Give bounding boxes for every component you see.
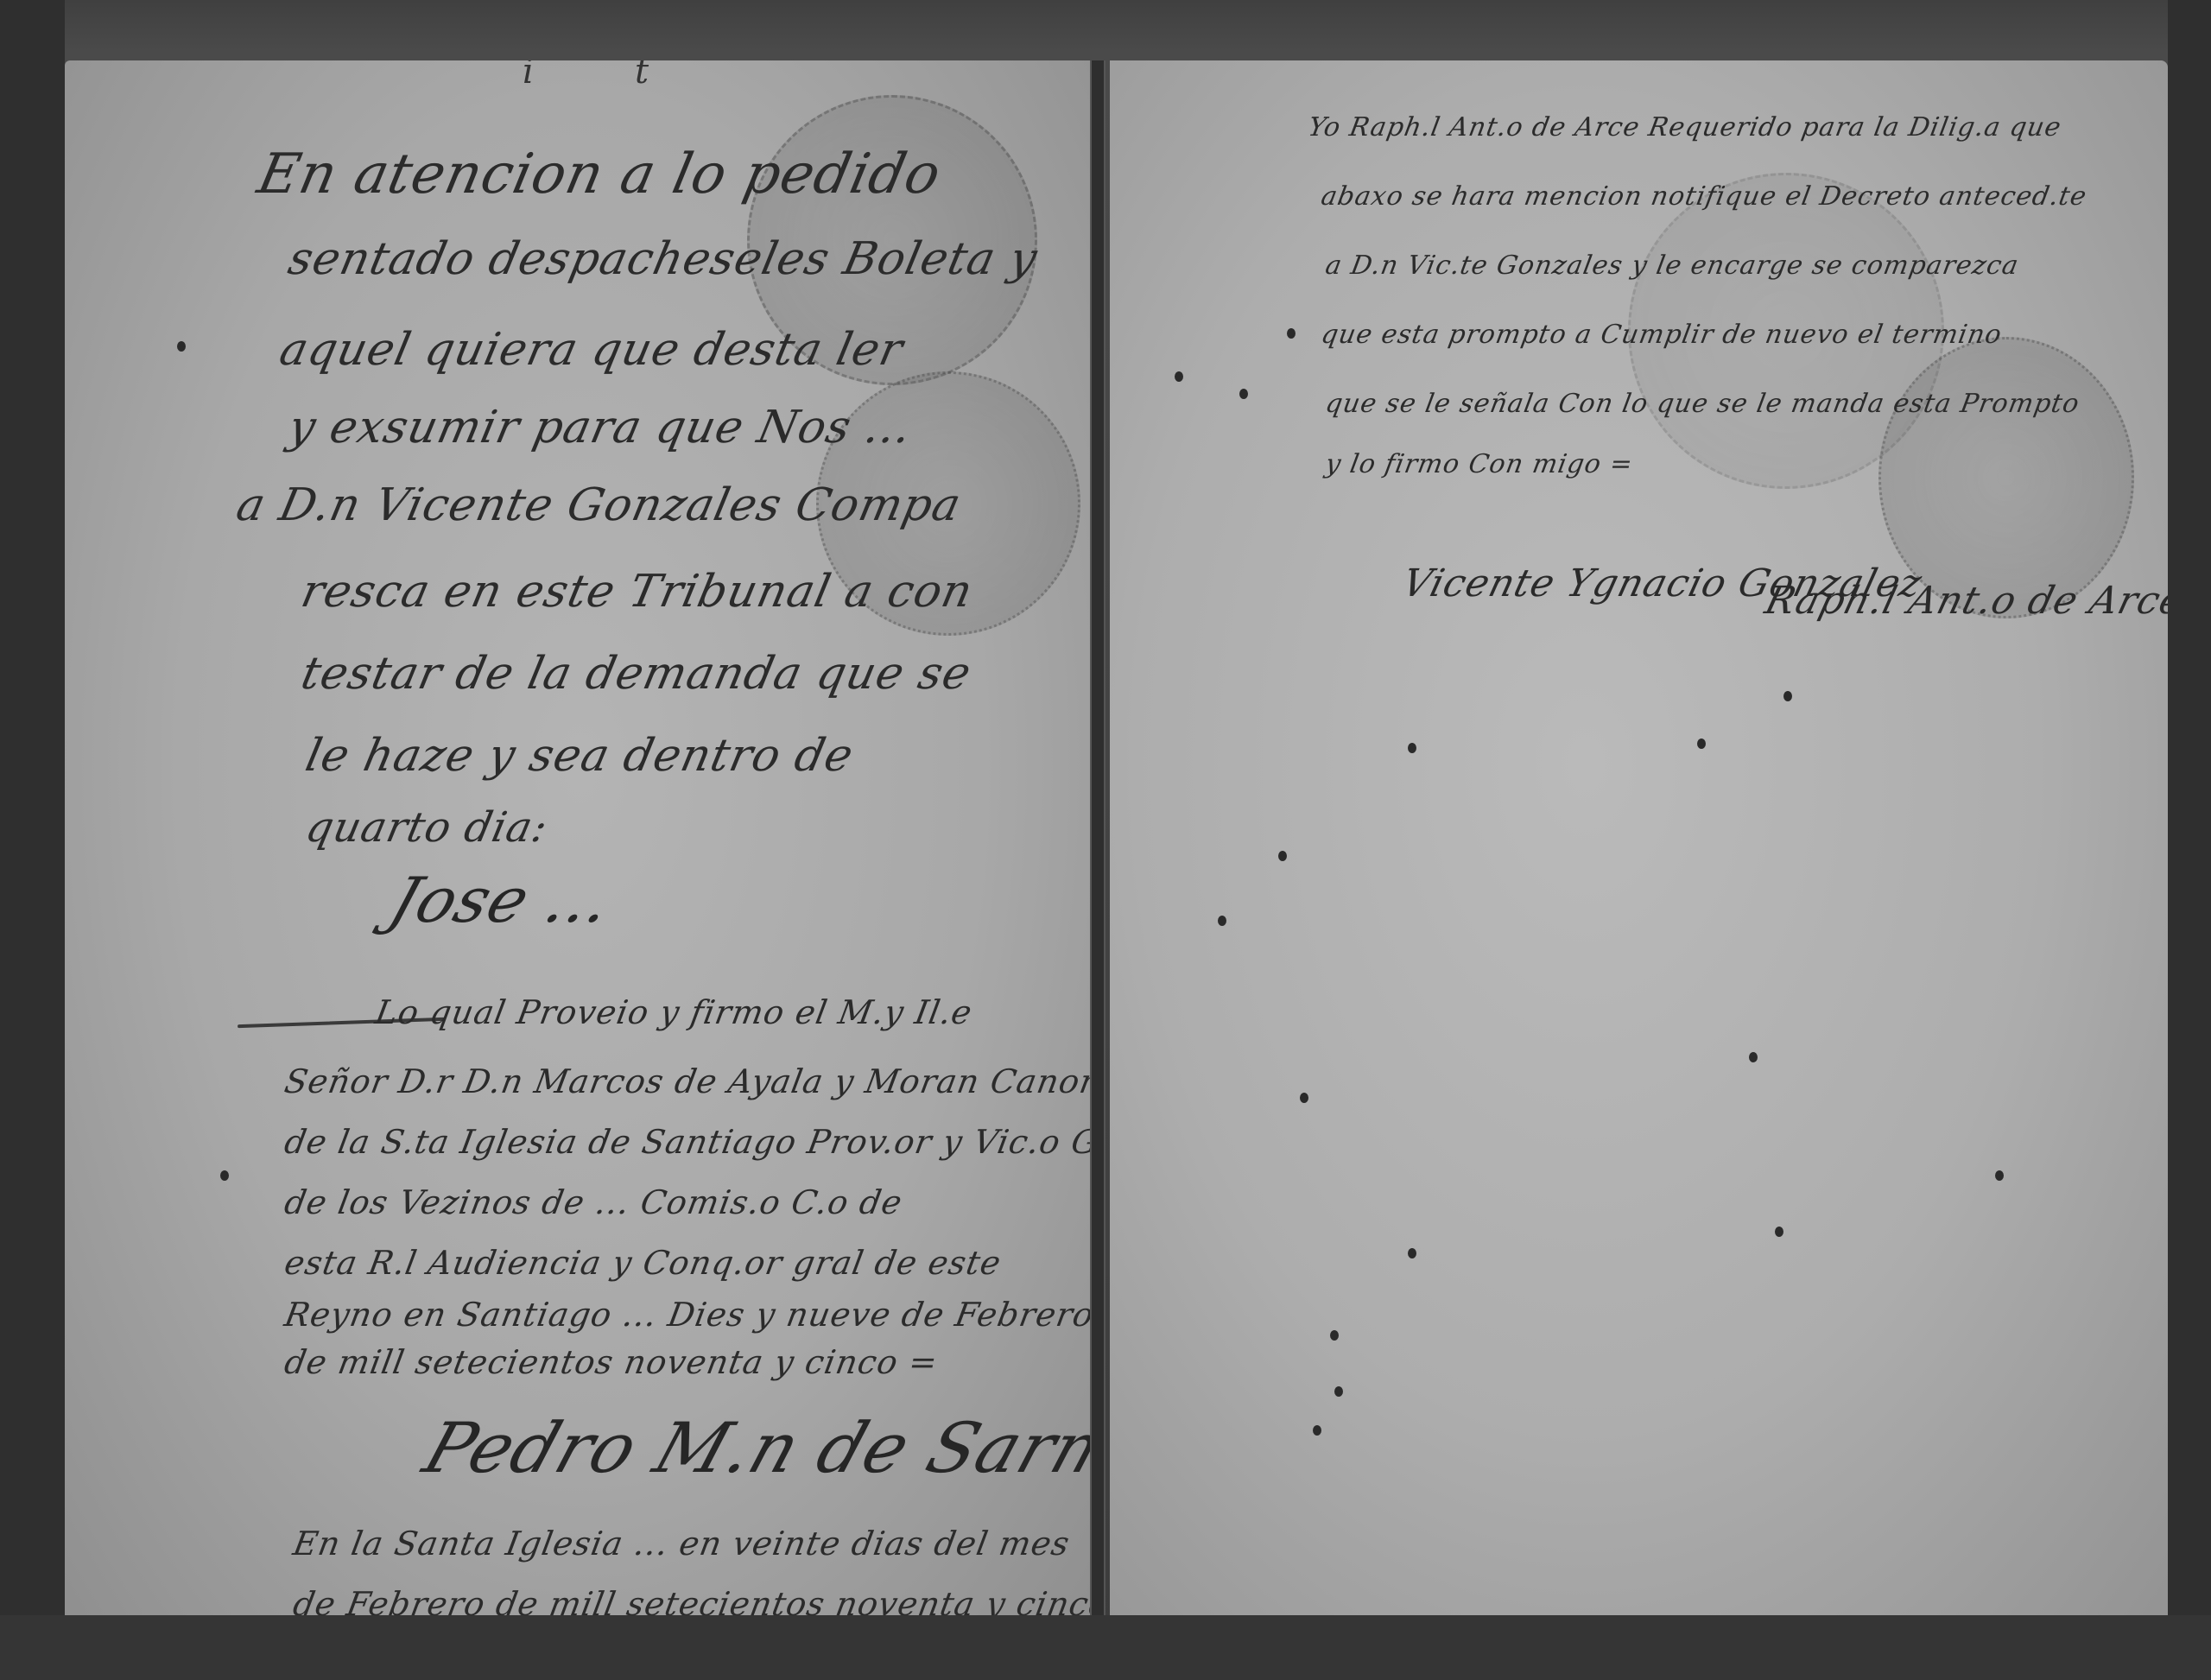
scan-bottom-shadow [0, 1615, 2211, 1680]
attestation-line-5: esta R.l Audiencia y Conq.or gral de est… [282, 1244, 1004, 1282]
folio-mark-1: i [523, 60, 534, 92]
folio-mark-2: t [635, 60, 649, 92]
notification-line-1: Yo Raph.l Ant.o de Arce Requerido para l… [1306, 112, 2064, 143]
book-gutter [1090, 60, 1105, 1641]
scan-right-edge [2168, 0, 2211, 1680]
first-signature: Jose ... [381, 864, 622, 936]
notification-line-6: y lo firmo Con migo = [1323, 449, 1636, 479]
ink-spot [1697, 739, 1706, 749]
decree-line-9: quarto dia: [301, 803, 552, 852]
attestation-line-1: Lo qual Proveio y firmo el M.y Il.e [372, 993, 975, 1031]
attestation-line-3: de la S.ta Iglesia de Santiago Prov.or y… [282, 1123, 1097, 1161]
closing-line-1: En la Santa Iglesia ... en veinte dias d… [290, 1525, 1073, 1563]
scan-left-edge [0, 0, 65, 1680]
attestation-line-4: de los Vezinos de ... Comis.o C.o de [282, 1183, 905, 1221]
notification-line-2: abaxo se hara mencion notifique el Decre… [1319, 181, 2089, 212]
ink-spot [1239, 389, 1248, 399]
ink-spot [1775, 1227, 1783, 1237]
ink-spot [1995, 1170, 2004, 1181]
ink-spot [1330, 1330, 1339, 1341]
left-page: i t En atencion a lo pedido sentado desp… [65, 60, 1097, 1624]
notification-line-4: que esta prompto a Cumplir de nuevo el t… [1319, 320, 2005, 350]
ink-spot [1175, 371, 1183, 382]
attestation-line-7: de mill setecientos noventa y cinco = [282, 1343, 941, 1381]
ink-spot [177, 341, 186, 352]
ink-spot [1408, 1248, 1416, 1258]
notary-signature: Pedro M.n de Sarmiento [415, 1408, 1097, 1488]
signature-arce: Raph.l Ant.o de Arce [1761, 579, 2168, 623]
decree-line-3: aquel quiera que desta ler [276, 324, 909, 376]
decree-line-7: testar de la demanda que se [297, 648, 976, 700]
attestation-line-2: Señor D.r D.n Marcos de Ayala y Moran Ca… [282, 1062, 1097, 1100]
decree-line-1: En atencion a lo pedido [252, 143, 947, 206]
ink-spot [1313, 1425, 1321, 1436]
ink-spot [1749, 1052, 1758, 1062]
decree-line-8: le haze y sea dentro de [301, 730, 858, 782]
attestation-line-6: Reyno en Santiago ... Dies y nueve de Fe… [282, 1296, 1097, 1334]
notification-line-3: a D.n Vic.te Gonzales y le encarge se co… [1323, 250, 2021, 281]
ink-spot [220, 1170, 229, 1181]
decree-line-5: a D.n Vicente Gonzales Compa [232, 479, 966, 531]
ink-spot [1300, 1093, 1308, 1103]
ink-spot [1278, 851, 1287, 861]
decree-line-4: y exsumir para que Nos ... [284, 402, 917, 453]
right-page: Yo Raph.l Ant.o de Arce Requerido para l… [1110, 60, 2168, 1624]
ink-spot [1408, 743, 1416, 753]
ink-spot [1783, 691, 1792, 701]
ink-spot [1287, 328, 1296, 339]
notification-line-5: que se le señala Con lo que se le manda … [1323, 389, 2082, 419]
decree-line-2: sentado despacheseles Boleta y [284, 233, 1042, 285]
ink-spot [1218, 916, 1226, 926]
decree-line-6: resca en este Tribunal a con [297, 566, 978, 618]
ink-spot [1334, 1386, 1343, 1397]
